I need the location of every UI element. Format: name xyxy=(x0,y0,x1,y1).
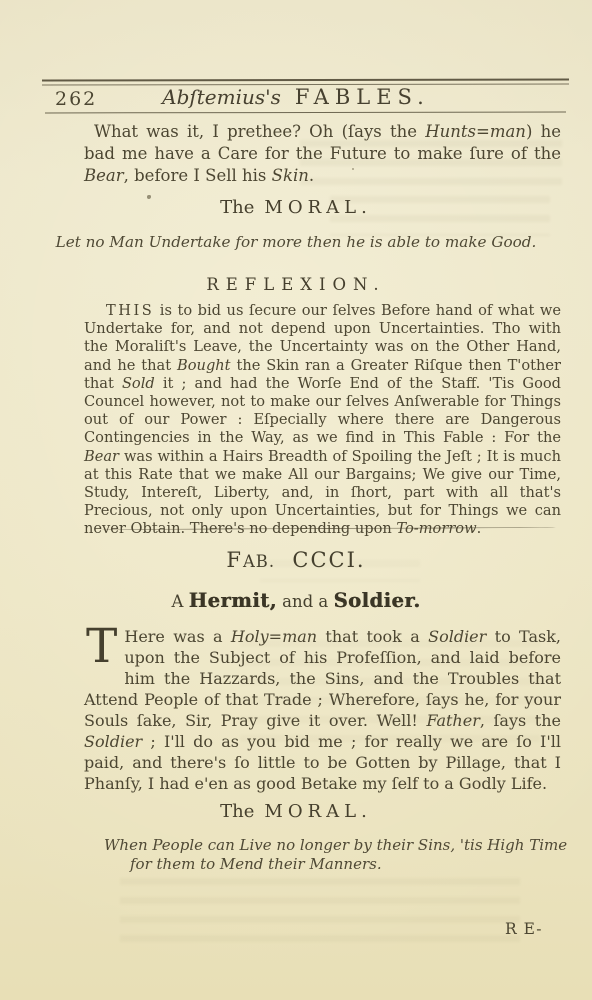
moral-heading-word: MORAL. xyxy=(264,197,371,218)
reflexion-paragraph: THIS is to bid us ſecure our ſelves Befo… xyxy=(84,302,561,539)
fab-label-initial: F xyxy=(226,548,243,572)
running-title-caps: FABLES. xyxy=(295,85,430,109)
reflexion-heading: REFLEXION. xyxy=(0,275,592,294)
show-through-smudge xyxy=(120,878,520,948)
fable-301-paragraph: THere was a Holy=man that took a Soldier… xyxy=(84,626,561,794)
scanned-book-page: { "page": { "number": "262", "running_au… xyxy=(0,0,592,1000)
fable-300-continuation-paragraph: What was it, I prethee? Oh (ſays the Hun… xyxy=(84,121,561,187)
running-title-author: Abſtemius's xyxy=(162,85,281,109)
moral-heading-300: TheMORAL. xyxy=(0,197,592,218)
fable-301-text: Here was a Holy=man that took a Soldier … xyxy=(84,627,561,793)
moral-text-300: Let no Man Undertake for more then he is… xyxy=(0,233,592,251)
header-bottom-rule xyxy=(45,112,566,114)
fab-number: CCCI. xyxy=(292,548,365,572)
running-title: Abſtemius'sFABLES. xyxy=(0,85,592,109)
moral-heading-the: The xyxy=(220,801,254,822)
moral-heading-word: MORAL. xyxy=(264,801,371,822)
fable-301-heading: FAB. CCCI. xyxy=(0,548,592,572)
ink-speck xyxy=(352,168,354,170)
fab-label-smallcaps: AB. xyxy=(243,552,275,571)
moral-heading-301: TheMORAL. xyxy=(0,801,592,822)
moral-heading-the: The xyxy=(220,197,254,218)
drop-cap: T xyxy=(84,626,124,669)
fable-301-title: A Hermit, and a Soldier. xyxy=(0,589,592,612)
moral-text-301: When People can Live no longer by their … xyxy=(104,836,580,874)
catchword: R E- xyxy=(505,920,542,938)
